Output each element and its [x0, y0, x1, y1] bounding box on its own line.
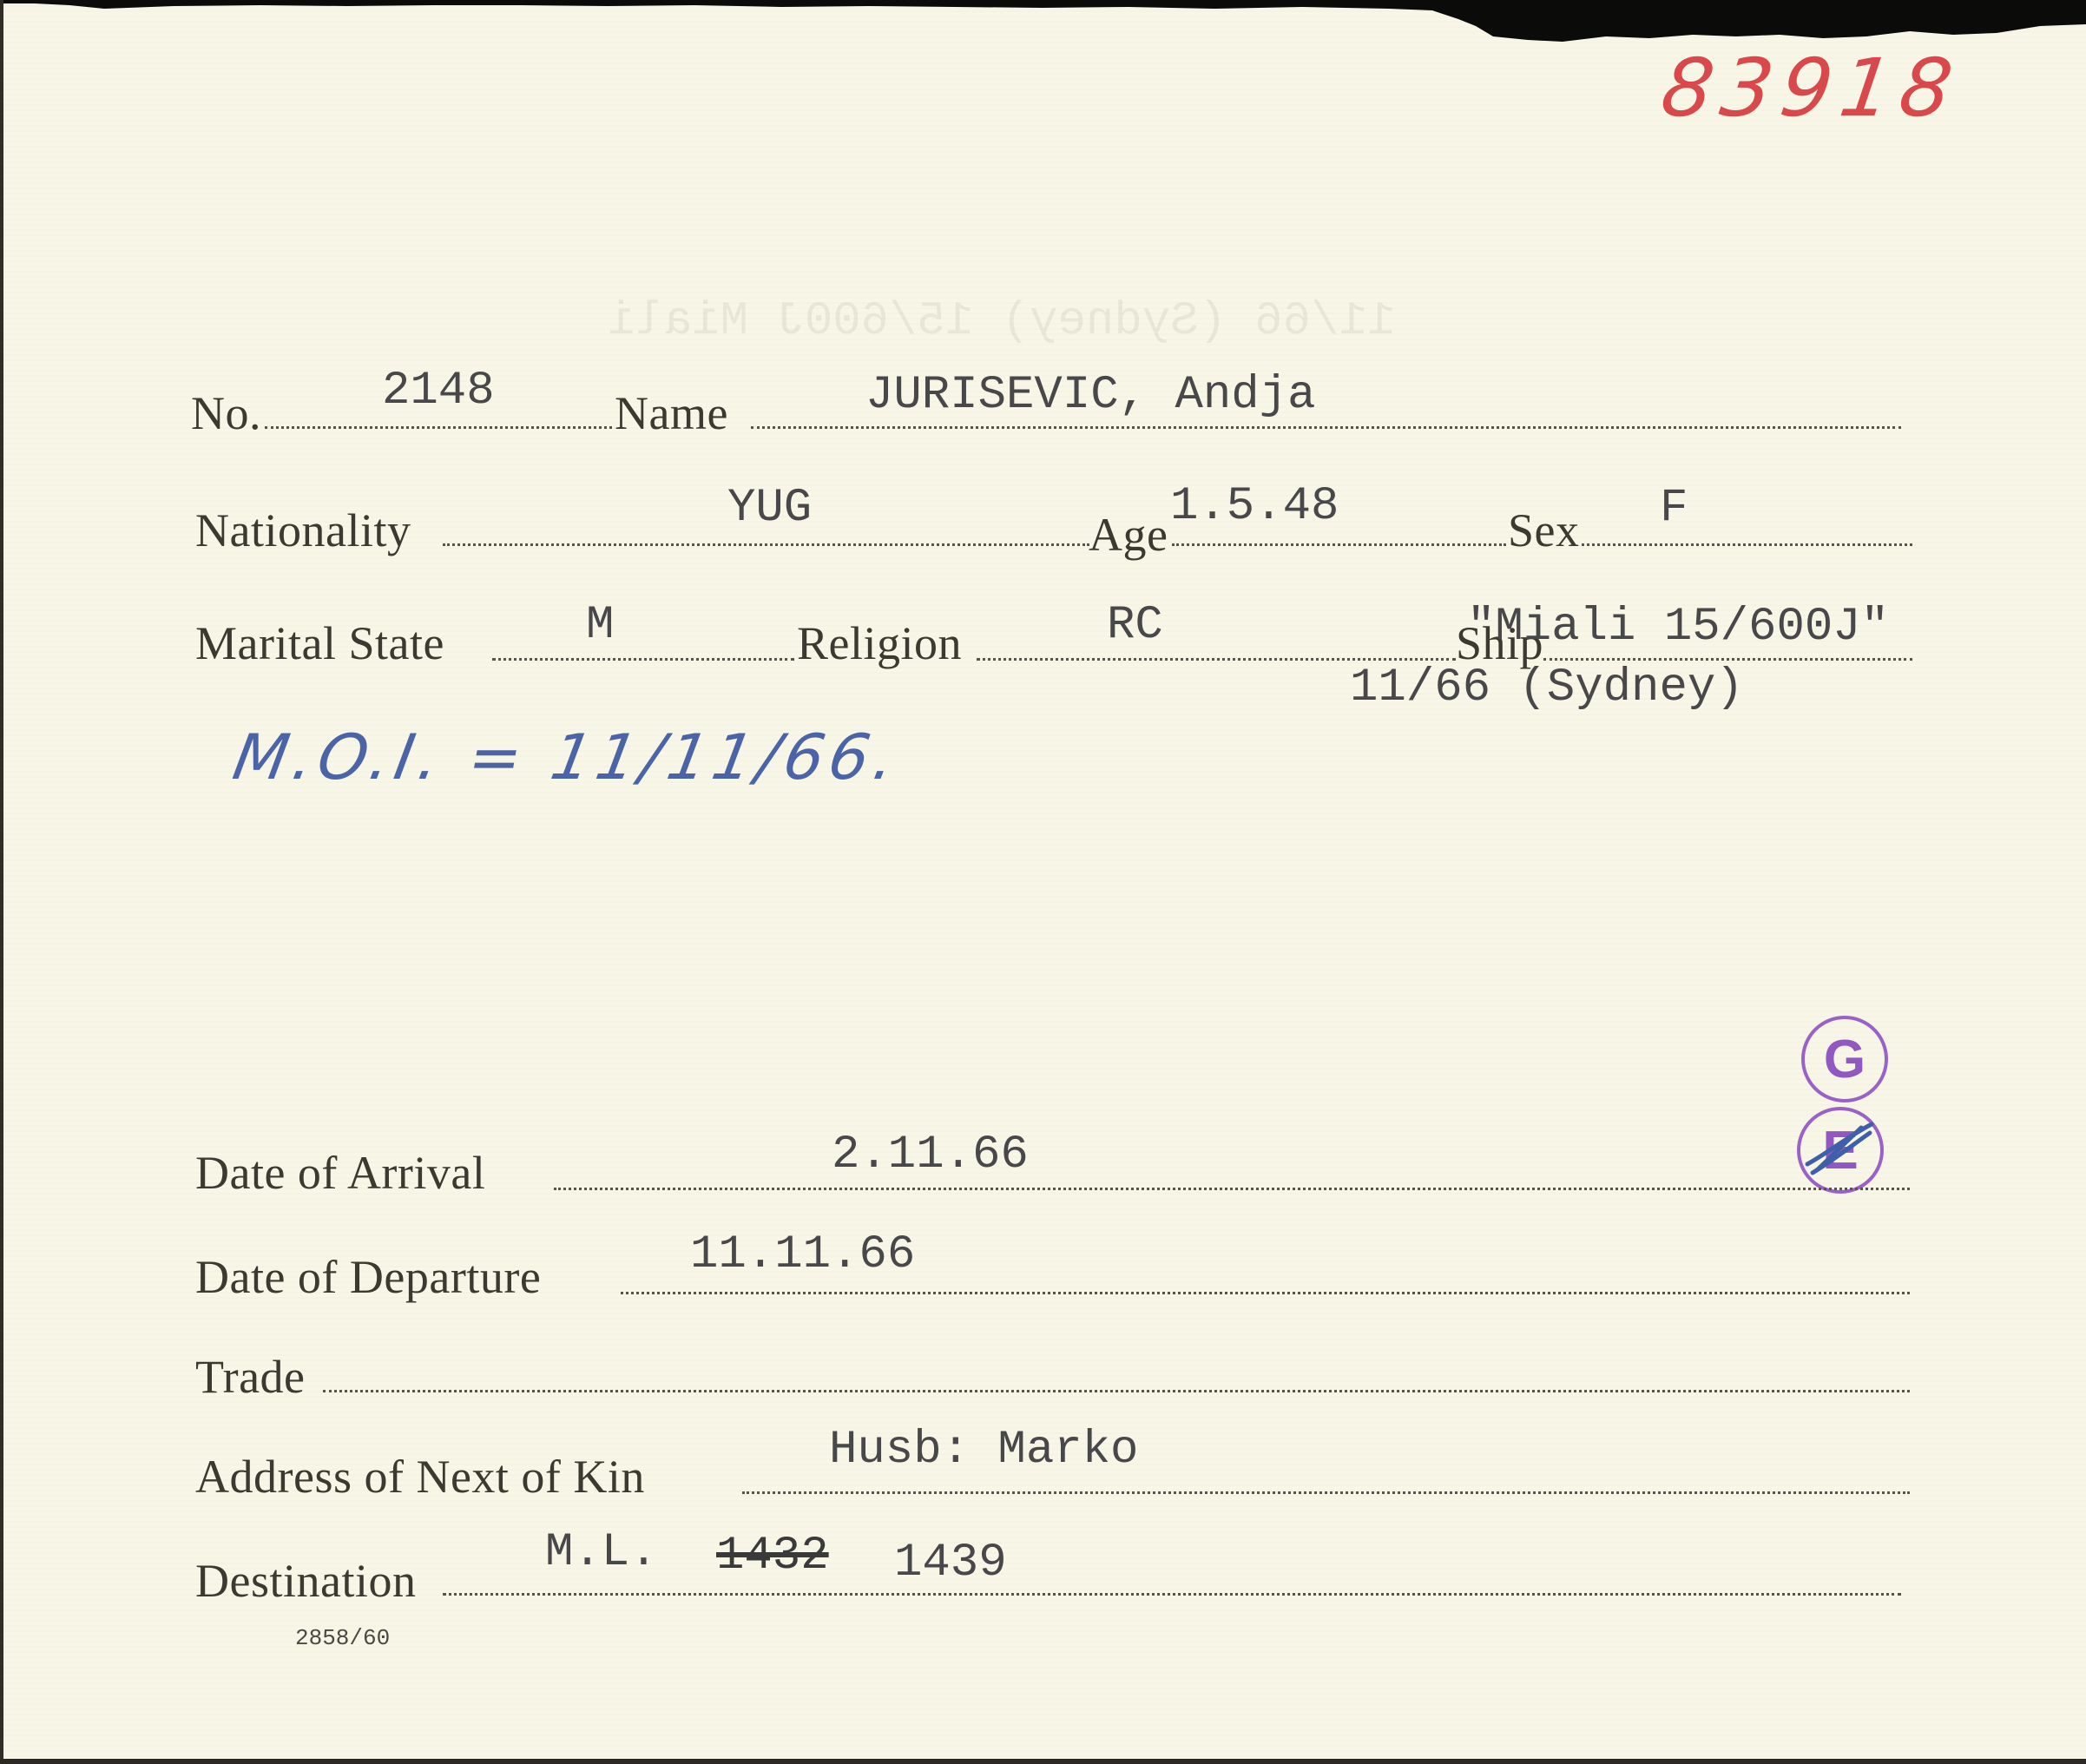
ship-value-line1: "Miali 15/600J": [1467, 601, 1889, 654]
stamp-g-icon: G: [1801, 1016, 1888, 1102]
age-value: 1.5.48: [1170, 480, 1339, 533]
nationality-value: YUG: [727, 482, 812, 535]
nationality-dotted-line: [443, 543, 1089, 546]
strike-through-icon: [1800, 1110, 1880, 1190]
marital-state-value: M: [586, 599, 614, 652]
trade-label: Trade: [195, 1350, 306, 1404]
address-next-of-kin-label: Address of Next of Kin: [195, 1450, 645, 1504]
bleed-through-text: 11/66 (Sydney) 15/600J Miali: [608, 295, 1395, 348]
address-next-of-kin-dotted-line: [742, 1491, 1910, 1494]
address-next-of-kin-value: Husb: Marko: [829, 1424, 1138, 1477]
marital-state-dotted-line: [492, 658, 794, 661]
sex-dotted-line: [1582, 543, 1912, 546]
age-label: Age: [1089, 508, 1168, 562]
record-card: 11/66 (Sydney) 15/600J Miali 83918 No. 2…: [0, 0, 2086, 1764]
destination-label: Destination: [195, 1554, 416, 1608]
age-dotted-line: [1172, 543, 1506, 546]
destination-value: 1439: [894, 1537, 1007, 1590]
nationality-label: Nationality: [195, 504, 411, 557]
religion-value: RC: [1107, 599, 1163, 652]
ship-value-line2: 11/66 (Sydney): [1350, 661, 1744, 714]
card-left-edge: [0, 0, 3, 1764]
no-dotted-line: [265, 426, 612, 429]
date-of-arrival-value: 2.11.66: [832, 1129, 1029, 1181]
date-of-departure-dotted-line: [621, 1292, 1910, 1294]
handwritten-moi-note: M.O.I. = 11/11/66.: [228, 721, 906, 793]
stamp-e-crossed-icon: E: [1797, 1107, 1884, 1194]
ship-dotted-line: [1543, 658, 1912, 661]
destination-struck-value: 1432: [716, 1530, 829, 1583]
destination-dotted-line: [443, 1593, 1901, 1596]
card-bottom-edge: [0, 1759, 2086, 1764]
marital-state-label: Marital State: [195, 616, 444, 670]
name-value: JURISEVIC, Andja: [865, 369, 1315, 422]
date-of-departure-label: Date of Departure: [195, 1250, 541, 1304]
form-code: 2858/60: [295, 1625, 390, 1651]
religion-dotted-line: [977, 658, 1456, 661]
name-dotted-line: [751, 426, 1901, 429]
date-of-arrival-label: Date of Arrival: [195, 1146, 485, 1200]
destination-prefix: M.L.: [545, 1526, 658, 1579]
stamp-g-letter: G: [1824, 1029, 1866, 1090]
sex-label: Sex: [1508, 504, 1580, 557]
sex-value: F: [1660, 482, 1688, 535]
reference-number: 83918: [1655, 42, 1966, 135]
trade-dotted-line: [323, 1390, 1910, 1392]
date-of-departure-value: 11.11.66: [690, 1228, 915, 1281]
no-label: No.: [191, 386, 261, 440]
name-label: Name: [615, 386, 728, 440]
religion-label: Religion: [797, 616, 962, 670]
no-value: 2148: [382, 365, 495, 418]
date-of-arrival-dotted-line: [554, 1188, 1910, 1190]
